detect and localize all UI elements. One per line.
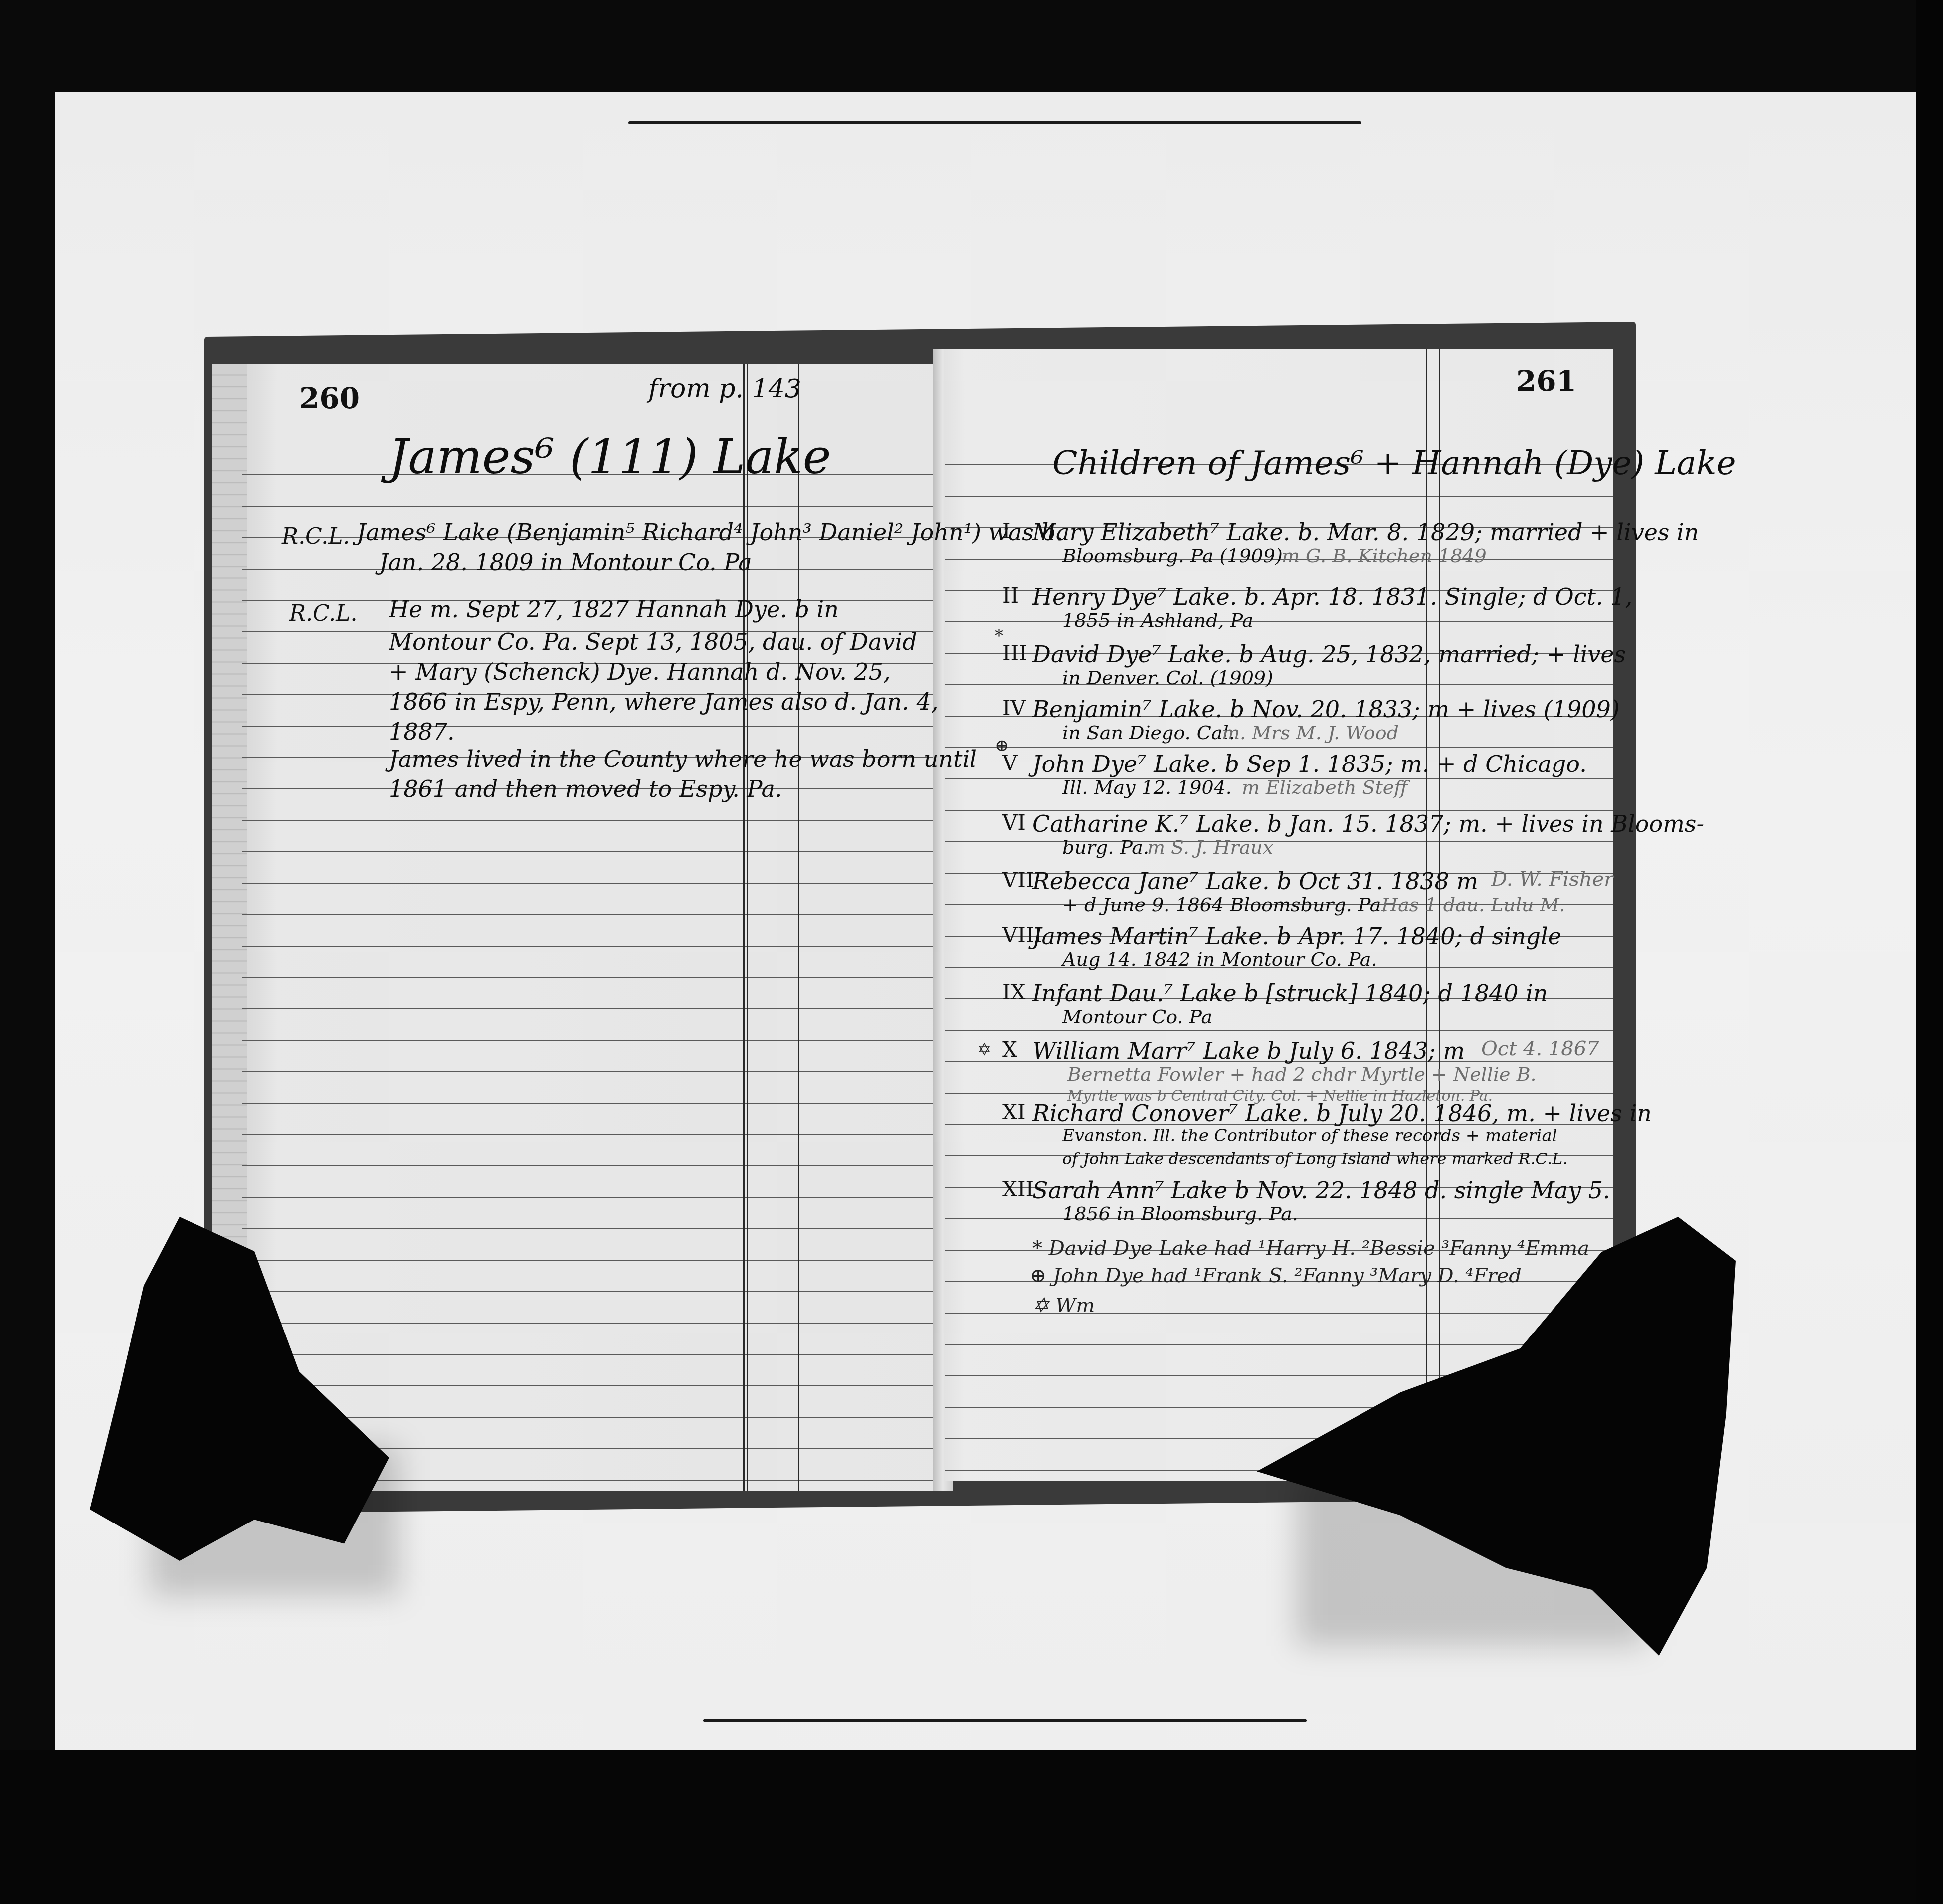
paragraph-line: Jan. 28. 1809 in Montour Co. Pa [379, 549, 752, 575]
footnote: ✡ Wm [1032, 1294, 1095, 1317]
pencil-note: m Elizabeth Steff [1242, 776, 1407, 798]
entry-line: 1856 in Bloomsburg. Pa. [1062, 1203, 1298, 1225]
entry-numeral: XI [1002, 1100, 1026, 1124]
paragraph-line: He m. Sept 27, 1827 Hannah Dye. b in [389, 596, 839, 623]
entry-line: John Dye⁷ Lake. b Sep 1. 1835; m. + d Ch… [1032, 751, 1587, 777]
entry-line: 1855 in Ashland, Pa [1062, 609, 1253, 631]
entry-numeral: VII [1002, 868, 1034, 892]
entry-line: of John Lake descendants of Long Island … [1062, 1149, 1567, 1168]
pencil-note: m S. J. Hraux [1147, 836, 1273, 858]
pencil-note: m G. B. Kitchen 1849 [1282, 545, 1487, 567]
entry-line: + d June 9. 1864 Bloomsburg. Pa. [1062, 894, 1387, 916]
pencil-note: Oct 4. 1867 [1481, 1037, 1599, 1060]
source-mark: R.C.L. [289, 601, 357, 626]
pencil-note: D. W. Fisher [1491, 868, 1613, 891]
paragraph-line: 1861 and then moved to Espy. Pa. [389, 775, 782, 802]
page-number-right: 261 [1516, 364, 1576, 398]
entry-numeral: VI [1002, 810, 1026, 835]
bottom-alignment-rule [703, 1719, 1307, 1722]
paragraph-line: 1887. [389, 718, 455, 745]
entry-line: Richard Conover⁷ Lake. b July 20. 1846, … [1032, 1100, 1652, 1127]
entry-line: burg. Pa. [1062, 836, 1149, 858]
entry-line: Montour Co. Pa [1062, 1006, 1212, 1028]
entry-line: Aug 14. 1842 in Montour Co. Pa. [1062, 949, 1377, 970]
entry-line: Ill. May 12. 1904. [1062, 776, 1232, 798]
entry-line: Mary Elizabeth⁷ Lake. b. Mar. 8. 1829; m… [1032, 519, 1699, 546]
right-page-title: Children of James⁶ + Hannah (Dye) Lake [1052, 444, 1736, 482]
pencil-note: m. Mrs M. J. Wood [1222, 722, 1399, 744]
paragraph-line: 1866 in Espy, Penn, where James also d. … [389, 688, 938, 715]
entry-numeral: II [1002, 583, 1019, 608]
entry-line: Rebecca Jane⁷ Lake. b Oct 31. 1838 m [1032, 868, 1478, 895]
film-border-right [1916, 0, 1943, 1904]
film-border-bottom [0, 1750, 1943, 1904]
entry-line: William Marr⁷ Lake b July 6. 1843; m [1032, 1037, 1465, 1064]
footnote: * David Dye Lake had ¹Harry H. ²Bessie ³… [1032, 1237, 1589, 1260]
pencil-note: Has 1 dau. Lulu M. [1381, 894, 1565, 916]
entry-line: Sarah Ann⁷ Lake b Nov. 22. 1848 d. singl… [1032, 1177, 1610, 1204]
star-marker: ✡ [977, 1040, 992, 1060]
paragraph-line: James⁶ Lake (Benjamin⁵ Richard⁴ John³ Da… [357, 519, 1063, 546]
entry-numeral: IV [1002, 696, 1026, 720]
entry-numeral: IX [1002, 980, 1026, 1004]
paragraph-line: Montour Co. Pa. Sept 13, 1805, dau. of D… [389, 628, 917, 655]
paragraph-line: + Mary (Schenck) Dye. Hannah d. Nov. 25, [389, 658, 891, 685]
cross-reference: from p. 143 [648, 374, 801, 404]
entry-line: Catharine K.⁷ Lake. b Jan. 15. 1837; m. … [1032, 810, 1704, 837]
entry-numeral: XII [1002, 1177, 1034, 1201]
entry-line: Evanston. Ill. the Contributor of these … [1062, 1126, 1557, 1145]
entry-line: James Martin⁷ Lake. b Apr. 17. 1840; d s… [1032, 923, 1561, 950]
entry-numeral: I [1002, 519, 1011, 543]
top-alignment-rule [628, 121, 1361, 124]
entry-line: David Dye⁷ Lake. b Aug. 25, 1832, marrie… [1032, 641, 1626, 668]
entry-line: in Denver. Col. (1909) [1062, 667, 1273, 689]
entry-numeral: III [1002, 641, 1027, 665]
source-mark: R.C.L. [282, 524, 350, 549]
entry-numeral: V [1002, 751, 1017, 775]
pencil-note: Bernetta Fowler + had 2 chdr Myrtle + Ne… [1067, 1063, 1537, 1085]
entry-line: Henry Dye⁷ Lake. b. Apr. 18. 1831. Singl… [1032, 583, 1632, 610]
footnote: ⊕ John Dye had ¹Frank S. ²Fanny ³Mary D.… [1030, 1264, 1522, 1287]
left-page-title: James⁶ (111) Lake [389, 429, 831, 485]
entry-numeral: X [1002, 1037, 1017, 1062]
entry-line: Bloomsburg. Pa (1909) [1062, 545, 1283, 567]
paragraph-line: James lived in the County where he was b… [389, 746, 977, 772]
entry-line: Infant Dau.⁷ Lake b [struck] 1840; d 184… [1032, 980, 1548, 1007]
entry-line: Benjamin⁷ Lake. b Nov. 20. 1833; m + liv… [1032, 696, 1620, 723]
entry-line: in San Diego. Cal. [1062, 722, 1235, 744]
page-number-left: 260 [299, 381, 360, 415]
